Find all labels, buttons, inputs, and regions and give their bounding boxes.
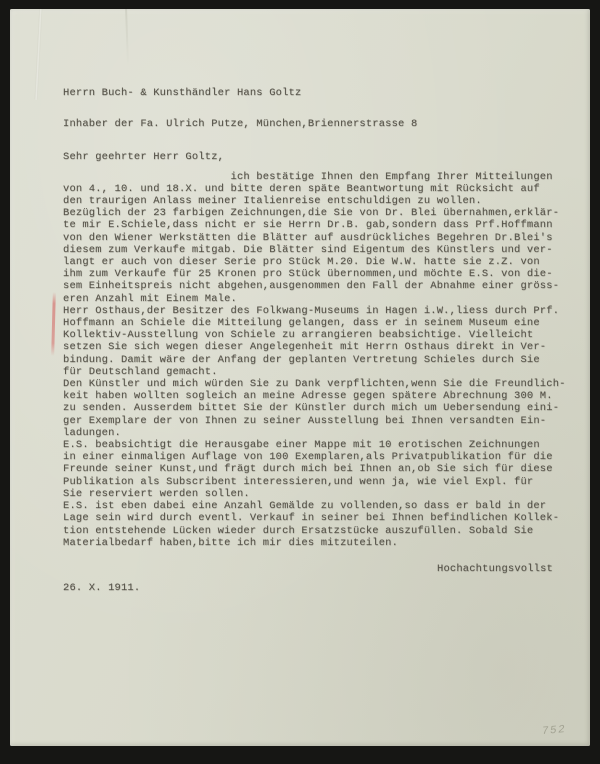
letter-line: te mir E.Schiele,dass nicht er sie Herrn… [63, 219, 555, 231]
letter-line: ladungen. [63, 427, 555, 439]
salutation: Sehr geehrter Herr Goltz, [63, 151, 555, 163]
letter-line: den traurigen Anlass meiner Italienreise… [63, 195, 555, 207]
letter-line: langt er auch von dieser Serie pro Stück… [63, 256, 555, 268]
letter-line: Hoffmann an Schiele die Mitteilung gelan… [63, 317, 555, 329]
letter-line: Herr Osthaus,der Besitzer des Folkwang-M… [63, 305, 555, 317]
letter-body: ich bestätige Ihnen den Empfang Ihrer Mi… [63, 171, 555, 549]
letter-line: bindung. Damit wäre der Anfang der gepla… [63, 354, 555, 366]
letter-line: für Deutschland gemacht. [63, 366, 555, 378]
letter-line: Kollektiv-Ausstellung von Schiele zu arr… [63, 329, 555, 341]
letter-line: ich bestätige Ihnen den Empfang Ihrer Mi… [63, 171, 555, 183]
letter-line: E.S. ist eben dabei eine Anzahl Gemälde … [63, 500, 555, 512]
letter-line: Sie reserviert werden sollen. [63, 488, 555, 500]
letter-page: Herrn Buch- & Kunsthändler Hans Goltz In… [10, 9, 590, 746]
red-pencil-margin-mark [51, 292, 56, 356]
letter-line: Freunde seiner Kunst,und frägt durch mic… [63, 463, 555, 475]
letter-date: 26. X. 1911. [63, 582, 555, 594]
letter-line: setzen Sie sich wegen dieser Angelegenhe… [63, 341, 555, 353]
pencil-page-number: 752 [542, 724, 567, 738]
letter-line: sem Einheitspreis nicht abgehen,ausgenom… [63, 280, 555, 292]
letter-line: Den Künstler und mich würden Sie zu Dank… [63, 378, 555, 390]
letter-line: in einer einmaligen Auflage von 100 Exem… [63, 451, 555, 463]
paper-crease [35, 9, 43, 100]
letter-line: keit haben wollten sogleich an meine Adr… [63, 390, 555, 402]
letter-line: Bezüglich der 23 farbigen Zeichnungen,di… [63, 207, 555, 219]
letter-line: diesem zum Verkaufe mitgab. Die Blätter … [63, 244, 555, 256]
letter-line: tion entstehende Lücken wieder durch Ers… [63, 525, 555, 537]
letter-line: von 4., 10. und 18.X. und bitte deren sp… [63, 183, 555, 195]
letter-line: von den Wiener Werkstätten die Blätter a… [63, 232, 555, 244]
paper-crease [125, 9, 129, 66]
letter-line: zu senden. Ausserdem bittet Sie der Küns… [63, 402, 555, 414]
letter-line: E.S. beabsichtigt die Herausgabe einer M… [63, 439, 555, 451]
letter-line: Publikation als Subscribent interessiere… [63, 476, 555, 488]
letter-line: ger Exemplare der von Ihnen zu seiner Au… [63, 415, 555, 427]
letter-line: Materialbedarf haben,bitte ich mir dies … [63, 537, 555, 549]
photo-backdrop: Herrn Buch- & Kunsthändler Hans Goltz In… [0, 0, 600, 764]
letter-text: Herrn Buch- & Kunsthändler Hans Goltz In… [63, 87, 555, 594]
recipient-address: Inhaber der Fa. Ulrich Putze, München,Br… [63, 118, 555, 130]
closing-formula: Hochachtungsvollst [63, 563, 555, 575]
letter-line: eren Anzahl mit Einem Male. [63, 293, 555, 305]
letter-line: ihm zum Verkaufe für 25 Kronen pro Stück… [63, 268, 555, 280]
recipient-name: Herrn Buch- & Kunsthändler Hans Goltz [63, 87, 555, 99]
letter-line: Lage sein wird durch eventl. Verkauf in … [63, 512, 555, 524]
